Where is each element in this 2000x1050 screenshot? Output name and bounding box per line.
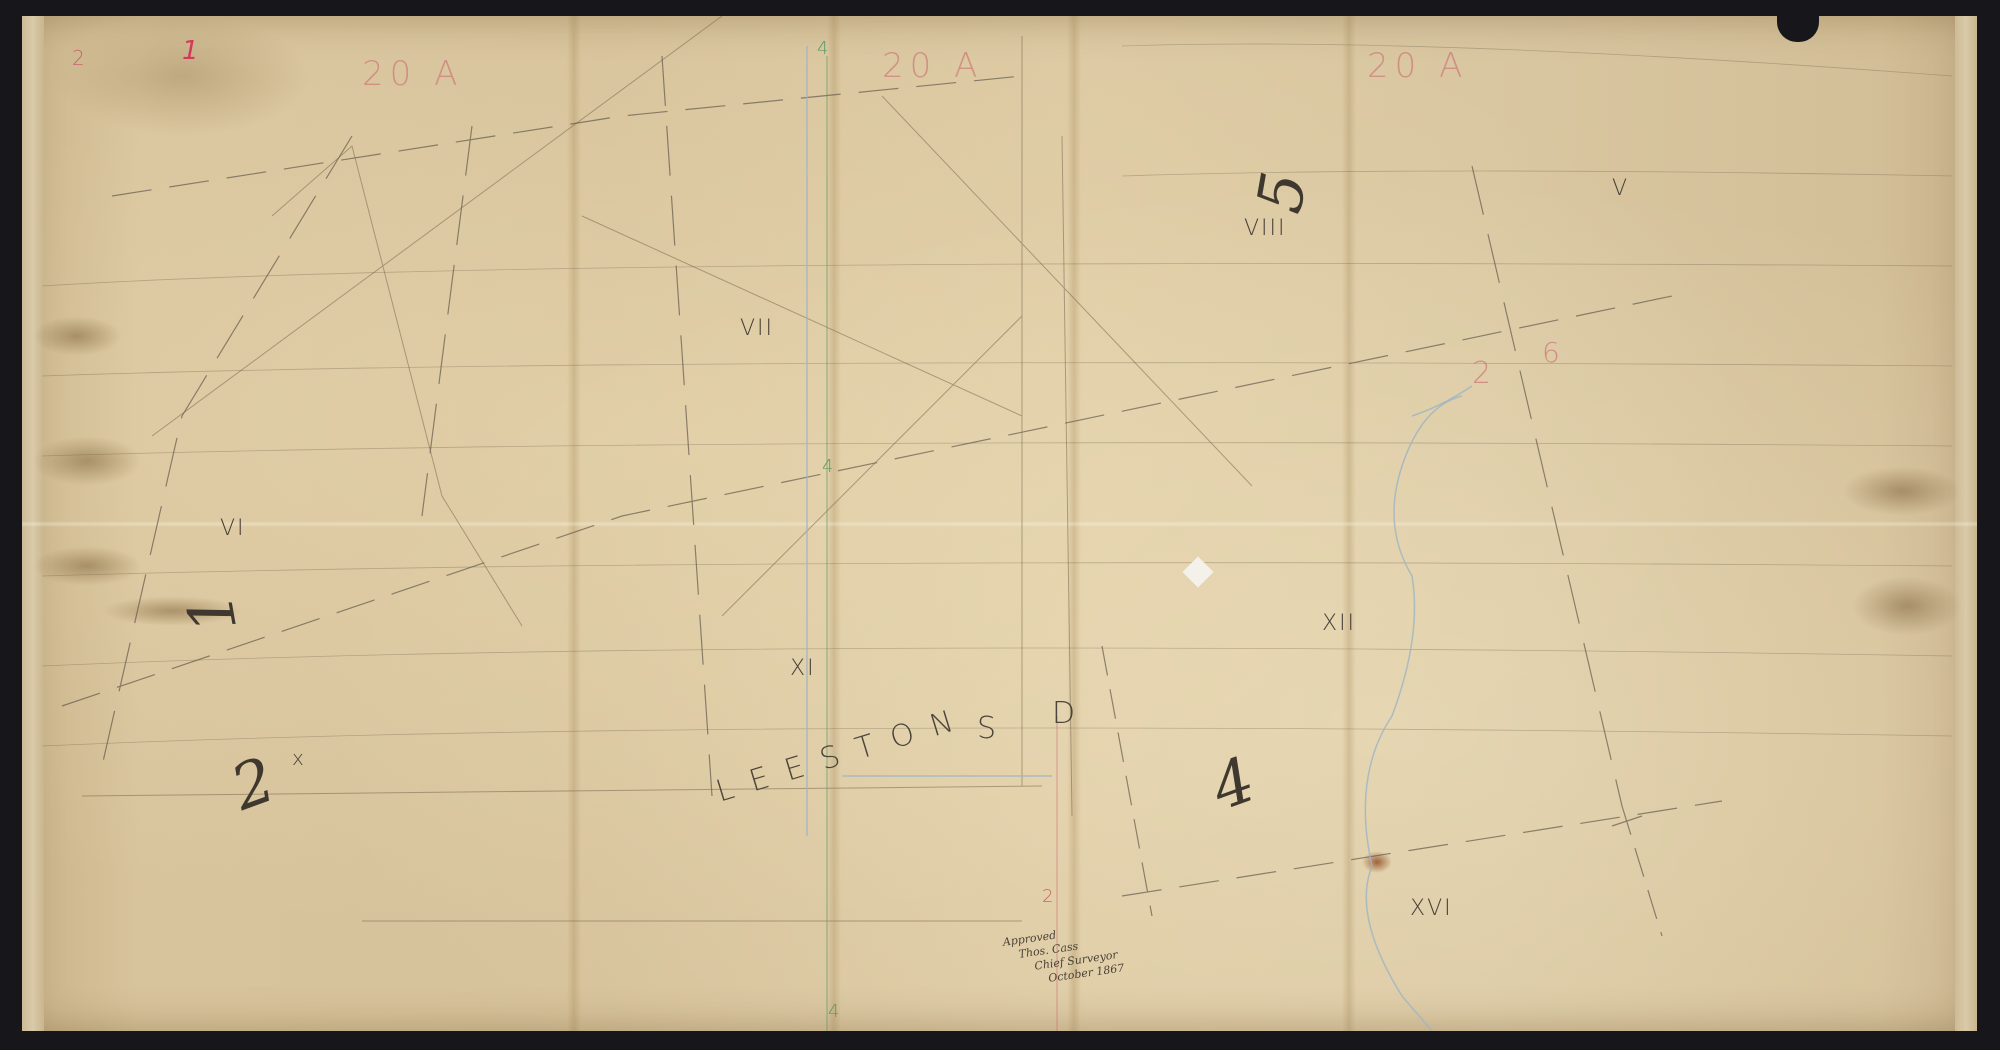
survey-district-xvi: XVI	[1410, 896, 1453, 921]
red-mark: 2	[1042, 886, 1053, 907]
sheet-marker: 4	[828, 1001, 839, 1022]
sheet-marker: 4	[817, 38, 828, 59]
survey-district-v: V	[1612, 176, 1629, 201]
survey-district-vii: VII	[740, 316, 774, 341]
block-mark-x: x	[292, 746, 304, 770]
survey-linework	[22, 16, 1977, 1031]
survey-district-xi: XI	[790, 656, 816, 681]
sheet-stamp: 20 A	[882, 46, 983, 86]
survey-district-viii: VIII	[1244, 216, 1287, 241]
red-mark: 1	[182, 36, 199, 66]
map-title-s: S	[977, 711, 1014, 746]
survey-district-vi: VI	[220, 516, 246, 541]
map-sheet: 20 A 20 A 20 A 2 1 2 2 6 4 4 4 V VI VII …	[22, 16, 1977, 1031]
sheet-stamp: 20 A	[362, 54, 463, 94]
map-title-d: D	[1052, 696, 1093, 731]
red-mark: 6	[1542, 336, 1560, 369]
sheet-marker: 4	[822, 456, 833, 477]
survey-district-xii: XII	[1322, 611, 1356, 636]
sheet-stamp: 20 A	[1367, 46, 1468, 86]
red-mark: 2	[72, 46, 85, 70]
red-mark: 2	[1472, 356, 1491, 391]
